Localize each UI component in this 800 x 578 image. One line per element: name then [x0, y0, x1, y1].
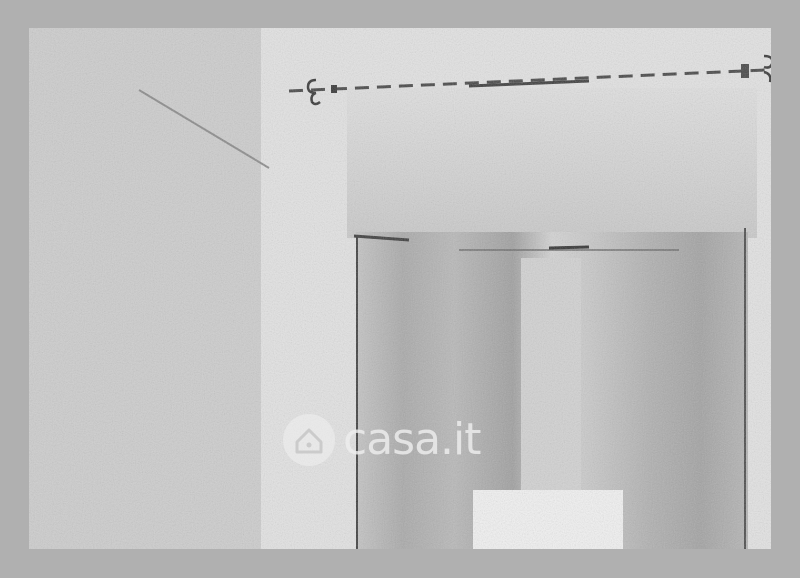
room-scene: [29, 28, 771, 549]
casa-it-watermark: casa.it: [281, 410, 481, 470]
watermark-text: casa.it: [343, 418, 481, 462]
house-in-circle-icon: [281, 412, 337, 468]
listing-photo: casa.it: [29, 28, 771, 549]
